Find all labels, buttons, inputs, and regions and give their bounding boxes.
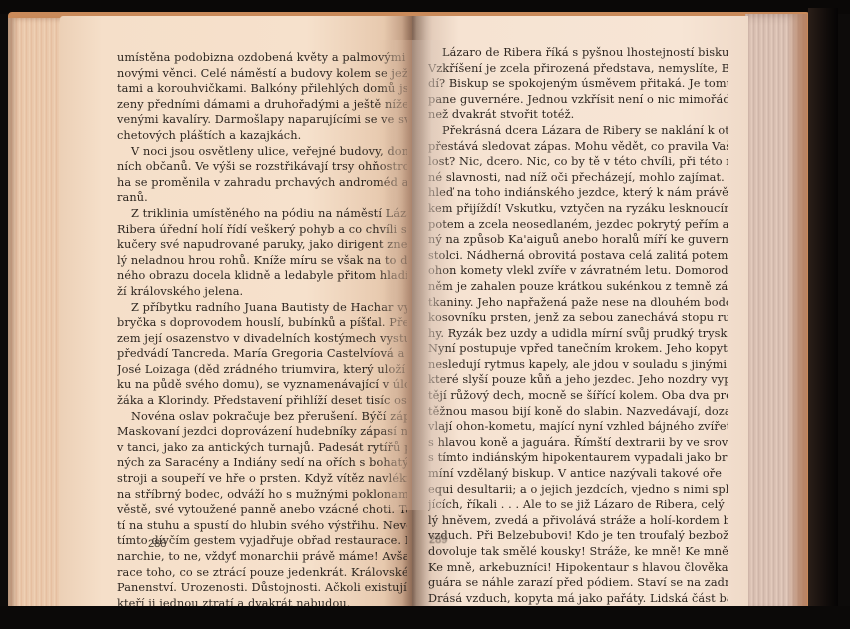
text-line: bryčka s doprovodem houslí, bubínků a pí…	[117, 315, 407, 331]
text-line: José Loizaga (děd zrádného triumvira, kt…	[117, 362, 407, 378]
text-line: race toho, co se ztrácí pouze jedenkrát.…	[117, 565, 407, 581]
text-line: guára se náhle zarazí před pódiem. Staví…	[428, 575, 728, 591]
text-line: lý hněvem, zvedá a přivolává stráže a ho…	[428, 513, 728, 529]
text-line: tami a korouhvičkami. Balkóny přilehlých…	[117, 81, 407, 97]
text-line: tkaniny. Jeho napřažená paže nese na dlo…	[428, 295, 728, 311]
text-line: zem její osazenstvo v divadelních kostým…	[117, 331, 407, 347]
text-line: ohon komety vlekl zvíře v závratném letu…	[428, 263, 728, 279]
text-line: narchie, to ne, vždyť monarchii právě má…	[117, 549, 407, 565]
text-line: ha se proměnila v zahradu prchavých andr…	[117, 175, 407, 191]
text-line: v tanci, jako za antických turnajů. Pade…	[117, 440, 407, 456]
text-line: Panenství. Urozenosti. Důstojnosti. Ačko…	[117, 580, 407, 596]
text-line: dí? Biskup se spokojeným úsměvem přitaká…	[428, 76, 728, 92]
text-line: než dvakrát stvořit totéž.	[428, 107, 728, 123]
text-line: venými kavalíry. Darmošlapy naparujícími…	[117, 112, 407, 128]
right-page-edges	[745, 14, 807, 614]
text-line: chetových pláštích a kazajkách.	[117, 128, 407, 144]
left-page-edges	[8, 18, 63, 613]
text-line: V noci jsou osvětleny ulice, veřejné bud…	[117, 144, 407, 160]
text-line: tí na stuhu a spustí do hlubin svého výs…	[117, 518, 407, 534]
text-line: né slavnosti, nad níž oči přecházejí, mo…	[428, 170, 728, 186]
text-line: Z příbytku radního Juana Bautisty de Hac…	[117, 300, 407, 316]
background-bottom	[0, 606, 850, 629]
text-line: stroji a soupeří ve hře o prsten. Když v…	[117, 471, 407, 487]
text-line: Ribera úřední holí řídí veškerý pohyb a …	[117, 222, 407, 238]
text-line: Překrásná dcera Lázara de Ribery se nakl…	[428, 123, 728, 139]
text-line: něm je zahalen pouze krátkou sukénkou z …	[428, 279, 728, 295]
text-line: pane guvernére. Jednou vzkřísit není o n…	[428, 92, 728, 108]
text-line: Nyní postupuje vpřed tanečním krokem. Je…	[428, 341, 728, 357]
text-line: umístěna podobizna ozdobená květy a palm…	[117, 50, 407, 66]
book-cover-edge	[808, 8, 838, 620]
text-line: hy. Ryzák bez uzdy a udidla mírní svůj p…	[428, 326, 728, 342]
text-line: ného obrazu docela klidně a ledabyle při…	[117, 268, 407, 284]
text-line: dovoluje tak smělé kousky! Stráže, ke mn…	[428, 544, 728, 560]
text-line: lost? Nic, dcero. Nic, co by tě v této c…	[428, 154, 728, 170]
text-line: ží královského jelena.	[117, 284, 407, 300]
text-line: equi desultarii; a o jejich jezdcích, vj…	[428, 482, 728, 498]
text-line: s tímto indiánským hipokentaurem vypadal…	[428, 450, 728, 466]
text-line: vlají ohon-kometu, mající nyní vzhled bá…	[428, 419, 728, 435]
text-line: Novéna oslav pokračuje bez přerušení. Bý…	[117, 409, 407, 425]
text-line: nesledují rytmus kapely, ale jdou v soul…	[428, 357, 728, 373]
text-line: potem a zcela neosedlaném, jezdec pokryt…	[428, 217, 728, 233]
text-line: zeny předními dámami a druhořadými a ješ…	[117, 97, 407, 113]
text-line: na stříbrný bodec, odváží ho s mužnými p…	[117, 487, 407, 503]
text-line: novými věnci. Celé náměstí a budovy kole…	[117, 66, 407, 82]
text-line: ku na půdě svého domu), se vyznamenávají…	[117, 377, 407, 393]
text-line: Maskovaní jezdci doprovázení hudebníky z…	[117, 424, 407, 440]
text-line: Drásá vzduch, kopyta má jako pařáty. Lid…	[428, 591, 728, 607]
text-line: ných za Saracény a Indiány sedí na ořích…	[117, 455, 407, 471]
text-line: hleď na toho indiánského jezdce, který k…	[428, 185, 728, 201]
text-line: žáka a Klorindy. Představení přihlíží de…	[117, 393, 407, 409]
text-line: věstě, své vytoužené panně anebo vzácné …	[117, 502, 407, 518]
book-photo: umístěna podobizna ozdobená květy a palm…	[0, 0, 850, 629]
text-line: ný na způsob Ka'aiguů anebo horalů míří …	[428, 232, 728, 248]
text-line: míní vzdělaný biskup. V antice nazývali …	[428, 466, 728, 482]
text-line: které slyší pouze kůň a jeho jezdec. Jeh…	[428, 372, 728, 388]
text-line: jících, říkali . . . Ale to se již Lázar…	[428, 497, 728, 513]
text-line: Z triklinia umístěného na pódiu na náměs…	[117, 206, 407, 222]
text-line: lý neladnou hrou rohů. Kníže míru se vša…	[117, 253, 407, 269]
text-line: Vzkříšení je zcela přirozená představa, …	[428, 61, 728, 77]
text-line: předvádí Tancreda. María Gregoria Castel…	[117, 346, 407, 362]
left-page-text: umístěna podobizna ozdobená květy a palm…	[117, 50, 407, 611]
text-line: těžnou masou bijí koně do slabin. Nazved…	[428, 404, 728, 420]
text-line: ranů.	[117, 190, 407, 206]
text-line: přestává sledovat zápas. Mohu vědět, co …	[428, 139, 728, 155]
text-line: kem přijíždí! Vskutku, vztyčen na ryzáku…	[428, 201, 728, 217]
text-line: ních občanů. Ve výši se rozstřikávají tr…	[117, 159, 407, 175]
right-page-text: Lázaro de Ribera říká s pyšnou lhostejno…	[428, 45, 728, 606]
text-line: vzduch. Při Belzebubovi! Kdo je ten trou…	[428, 528, 728, 544]
text-line: Lázaro de Ribera říká s pyšnou lhostejno…	[428, 45, 728, 61]
text-line: tějí růžový dech, mocně se šířící kolem.…	[428, 388, 728, 404]
page-number-right: 289	[429, 534, 447, 546]
text-line: s hlavou koně a jaguára. Římští dextrari…	[428, 435, 728, 451]
text-line: stolci. Nádherná obrovitá postava celá z…	[428, 248, 728, 264]
text-line: kučery své napudrované paruky, jako diri…	[117, 237, 407, 253]
text-line: Ke mně, arkebuzníci! Hipokentaur s hlavo…	[428, 560, 728, 576]
page-number-left: 288	[148, 538, 166, 550]
text-line: kosovníku prsten, jenž za sebou zanecháv…	[428, 310, 728, 326]
